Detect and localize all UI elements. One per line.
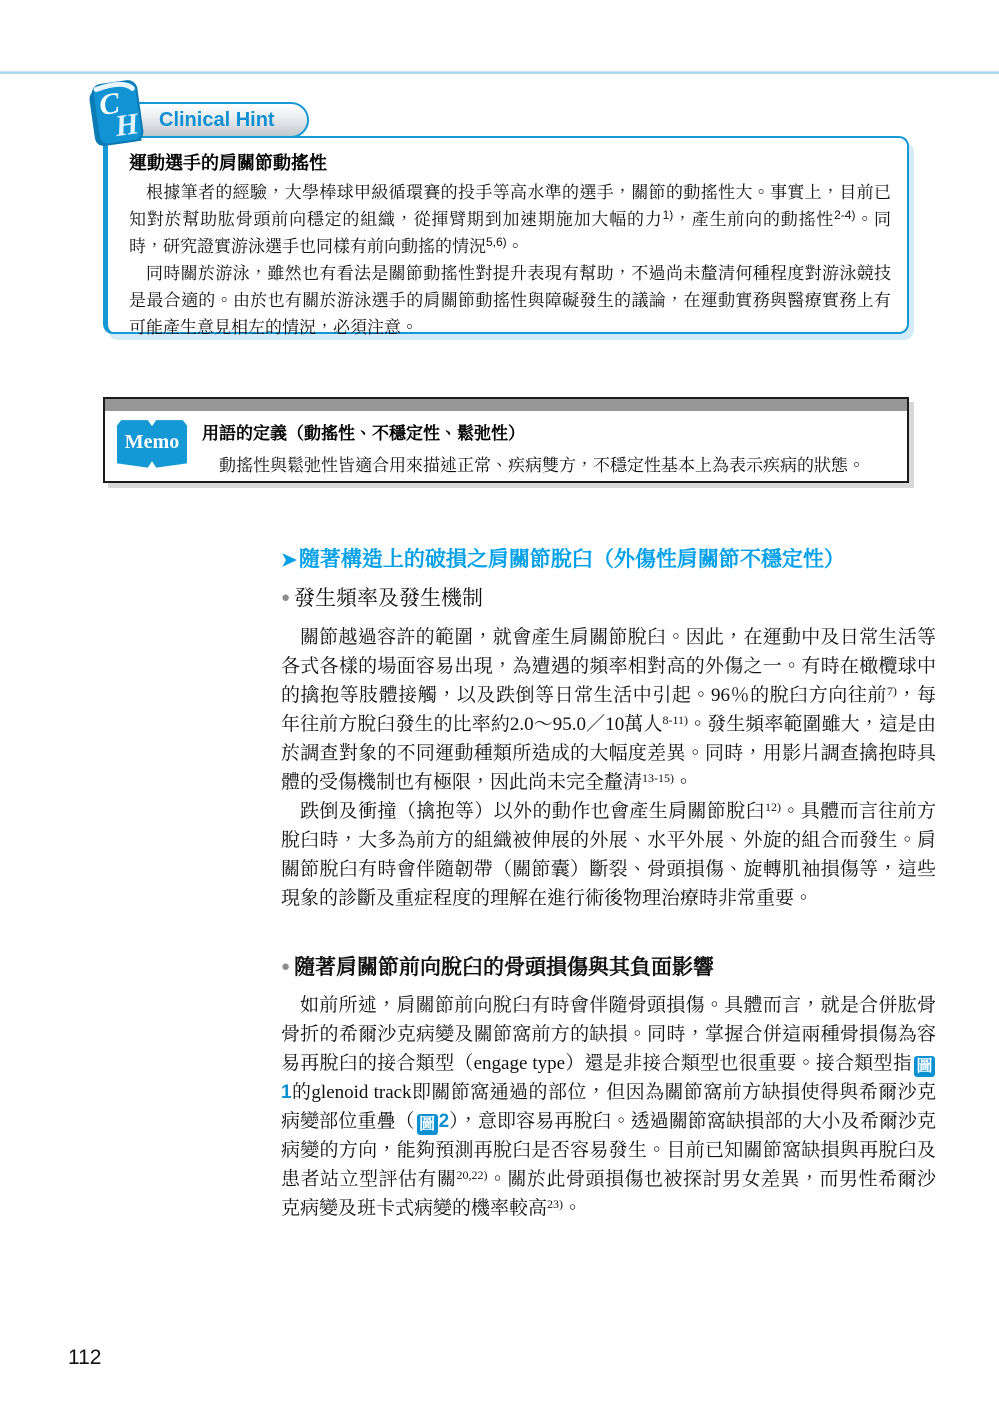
clinical-hint-paragraph-2: 同時關於游泳，雖然也有看法是關節動搖性對提升表現有幫助，不過尚未釐清何種程度對游… (129, 260, 891, 341)
reference-superscript: 5,6) (486, 235, 507, 249)
reference-superscript: 1) (663, 208, 674, 222)
clinical-hint-tab: Clinical Hint (133, 102, 309, 138)
clinical-hint-title: 運動選手的肩關節動搖性 (129, 149, 891, 175)
book-page: { "page": { "number": "112" }, "colors":… (0, 0, 999, 1414)
memo-box: Memo 用語的定義（動搖性、不穩定性、鬆弛性） 動搖性與鬆弛性皆適合用來描述正… (103, 397, 909, 483)
subsection-heading-2: ●隨著肩關節前向脫臼的骨頭損傷與其負面影響 (281, 953, 936, 982)
page-number: 112 (68, 1346, 101, 1370)
figure-ref-number: 1 (281, 1082, 292, 1103)
body-paragraph-3: 如前所述，肩關節前向脫臼有時會伴隨骨頭損傷。具體而言，就是合併肱骨骨折的希爾沙克… (281, 991, 936, 1223)
reference-superscript: 13-15) (642, 771, 674, 785)
figure-ref-icon: 圖 (914, 1056, 935, 1077)
main-content: ➤隨著構造上的破損之肩關節脫臼（外傷性肩關節不穩定性） ●發生頻率及發生機制 關… (281, 546, 936, 1223)
clinical-hint-box: 運動選手的肩關節動搖性 根據筆者的經驗，大學棒球甲級循環賽的投手等高水準的選手，… (103, 136, 909, 334)
reference-superscript: 20,22) (457, 1168, 488, 1182)
body-paragraph-2: 跌倒及衝撞（擒抱等）以外的動作也會產生肩關節脫臼12)。具體而言往前方脫臼時，大… (281, 797, 936, 913)
memo-icon-label: Memo (117, 431, 187, 454)
figure-ref-number: 2 (439, 1111, 450, 1132)
memo-book-icon: Memo (117, 418, 187, 472)
memo-title: 用語的定義（動搖性、不穩定性、鬆弛性） (202, 419, 865, 444)
memo-body-text: 動搖性與鬆弛性皆適合用來描述正常、疾病雙方，不穩定性基本上為表示疾病的狀態。 (202, 451, 865, 476)
reference-superscript: 7) (887, 684, 897, 698)
subsection-heading-2-text: 隨著肩關節前向脫臼的骨頭損傷與其負面影響 (294, 955, 714, 979)
reference-superscript: 12) (765, 800, 781, 814)
subsection-heading-1: ●發生頻率及發生機制 (281, 584, 936, 613)
section-heading-text: 隨著構造上的破損之肩關節脫臼（外傷性肩關節不穩定性） (299, 548, 845, 571)
arrow-icon: ➤ (281, 550, 297, 571)
memo-top-bar (105, 399, 907, 411)
top-divider-rule (0, 71, 999, 74)
bullet-icon: ● (281, 959, 290, 975)
reference-superscript: 2-4) (834, 208, 855, 222)
ch-book-icon-graphic: C H (88, 80, 144, 152)
section-heading: ➤隨著構造上的破損之肩關節脫臼（外傷性肩關節不穩定性） (281, 546, 936, 575)
body-paragraph-1: 關節越過容許的範圍，就會產生肩關節脫臼。因此，在運動中及日常生活等各式各樣的場面… (281, 623, 936, 797)
figure-ref-icon: 圖 (417, 1114, 438, 1135)
clinical-hint-book-icon: C H (88, 80, 144, 152)
subsection-heading-1-text: 發生頻率及發生機制 (294, 586, 483, 610)
reference-superscript: 23) (547, 1197, 563, 1211)
clinical-hint-paragraph-1: 根據筆者的經驗，大學棒球甲級循環賽的投手等高水準的選手，關節的動搖性大。事實上，… (129, 179, 891, 260)
clinical-hint-tab-label: Clinical Hint (159, 109, 275, 132)
bullet-icon: ● (281, 590, 290, 606)
reference-superscript: 8-11) (662, 713, 688, 727)
